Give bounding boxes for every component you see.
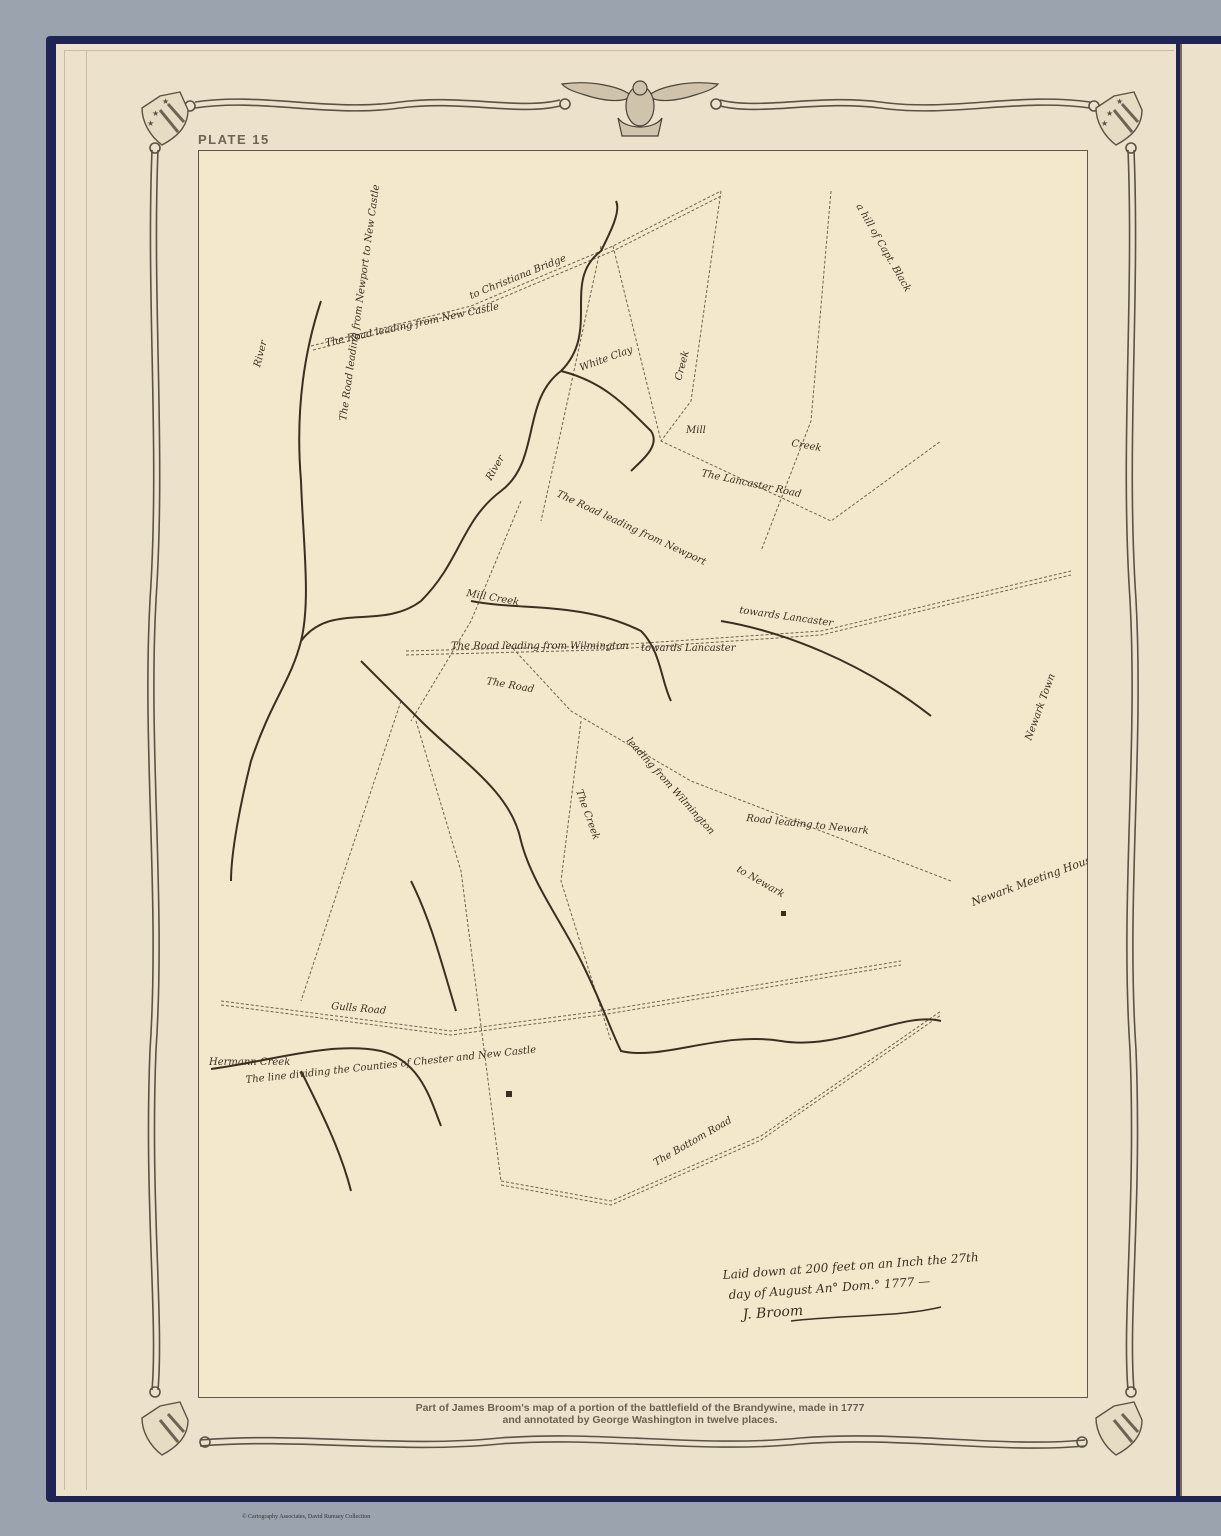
map-label: The Road leading from Newport (555, 489, 709, 569)
map-label: Road leading to Newark (745, 813, 870, 837)
facing-page-edge (1180, 44, 1221, 1496)
map-label: River (252, 338, 270, 369)
page-edge-line (64, 50, 65, 1490)
map-label: to Christiana Bridge (468, 253, 568, 302)
map-label: Mill (685, 425, 706, 436)
map-label: towards Lancaster (641, 643, 737, 654)
map-label: Newark Meeting House (969, 851, 1087, 909)
map-label: The Bottom Road (652, 1115, 734, 1169)
map-label: a hill of Capt. Black (853, 202, 912, 294)
map-label: Gulls Road (331, 1001, 387, 1017)
map-label: leading from Wilmington (624, 736, 717, 837)
map-label: The Road (485, 676, 534, 695)
plate-number: PLATE 15 (198, 132, 270, 147)
surveyor-signature: Laid down at 200 feet on an Inch the 27t… (721, 1250, 979, 1323)
map-label: Hermann Creek (208, 1057, 290, 1068)
map-label: River (484, 452, 508, 483)
map-label: Creek (673, 350, 691, 382)
map-label: The Road leading from Wilmington (451, 641, 629, 652)
map-label: The Road leading from Newport to New Cas… (338, 184, 382, 422)
copyright-notice: © Cartography Associates, David Rumsey C… (242, 1514, 370, 1520)
map-label: White Clay (578, 344, 634, 373)
map-drawing: River The Road leading from New Castle t… (199, 151, 1087, 1397)
map-label: towards Lancaster (739, 605, 835, 629)
svg-text:Laid down at 200 feet on an In: Laid down at 200 feet on an Inch the 27t… (721, 1250, 979, 1282)
page-edge-line (64, 50, 1174, 51)
map-label: The Creek (573, 788, 601, 841)
map-label: Mill Creek (464, 588, 519, 608)
map-label: Creek (790, 438, 822, 454)
historic-map: River The Road leading from New Castle t… (198, 150, 1088, 1398)
map-caption: Part of James Broom's map of a portion o… (380, 1402, 900, 1426)
map-label: The Lancaster Road (700, 468, 802, 500)
map-label: Newark Town (1023, 672, 1058, 743)
map-label: to Newark (735, 864, 787, 900)
page-edge-line (86, 50, 87, 1490)
caption-line: Part of James Broom's map of a portion o… (380, 1402, 900, 1414)
caption-line: and annotated by George Washington in tw… (380, 1414, 900, 1426)
